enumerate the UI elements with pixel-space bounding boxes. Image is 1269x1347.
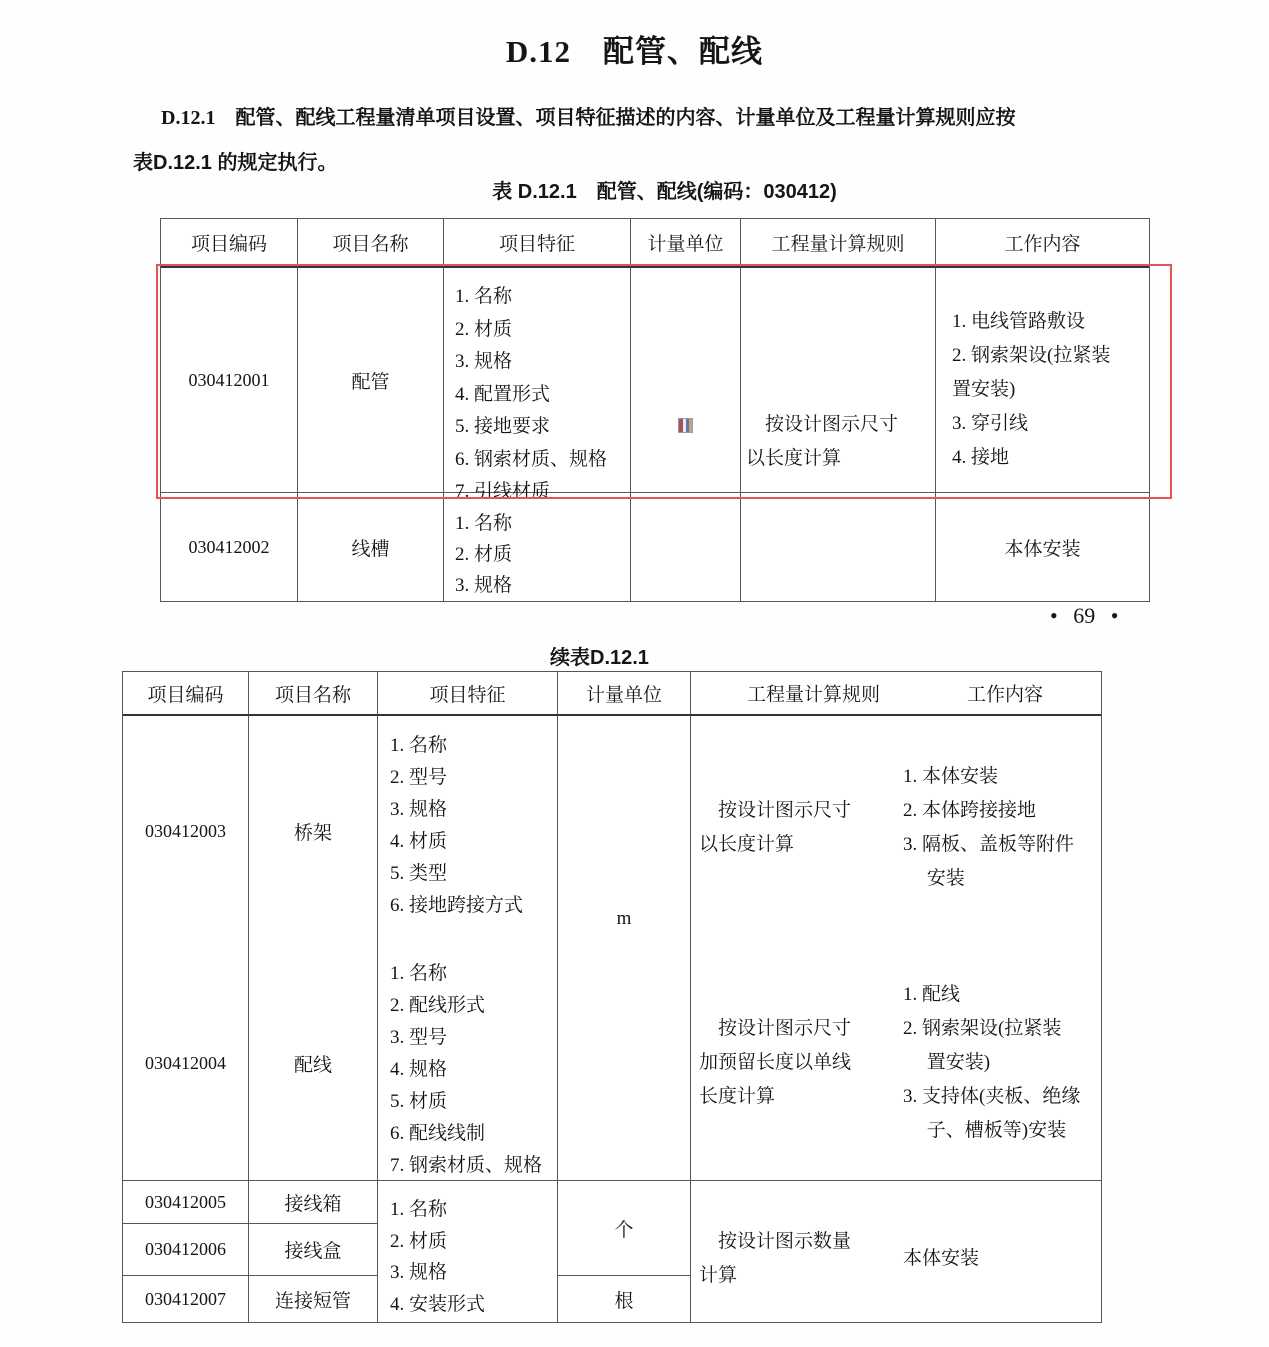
document-page: D.12 配管、配线 D.12.1配管、配线工程量清单项目设置、项目特征描述的内… bbox=[0, 0, 1269, 1347]
work-line: 2. 本体跨接接地 bbox=[903, 794, 1074, 828]
t2-row4-rule: 按设计图示尺寸 加预留长度以单线 长度计算 bbox=[699, 1012, 851, 1114]
t1-row1-features: 1. 名称 2. 材质 3. 规格 4. 配置形式 5. 接地要求 6. 钢索材… bbox=[444, 268, 631, 493]
feature-line: 3. 型号 bbox=[390, 1022, 553, 1054]
rule-line: 加预留长度以单线 bbox=[699, 1046, 851, 1080]
t2-rows56-unit: 个 bbox=[558, 1181, 691, 1276]
feature-gap bbox=[390, 922, 553, 958]
feature-line: 1. 名称 bbox=[390, 958, 553, 990]
work-line: 1. 本体安装 bbox=[903, 760, 1074, 794]
t1-header-code: 项目编码 bbox=[161, 219, 298, 268]
t2-row7-code: 030412007 bbox=[123, 1276, 249, 1322]
rule-line: 长度计算 bbox=[699, 1080, 851, 1114]
t2-header-rule-work: 工程量计算规则 工作内容 bbox=[691, 672, 1101, 716]
t2-row4-code: 030412004 bbox=[123, 948, 248, 1181]
t1-header-features: 项目特征 bbox=[444, 219, 631, 268]
feature-line: 6. 接地跨接方式 bbox=[390, 890, 553, 922]
t2-row4-work: 1. 配线 2. 钢索架设(拉紧装 置安装) 3. 支持体(夹板、绝缘 子、槽板… bbox=[903, 978, 1080, 1148]
feature-line: 2. 配线形式 bbox=[390, 990, 553, 1022]
feature-line: 2. 材质 bbox=[455, 539, 626, 570]
t2-header-unit: 计量单位 bbox=[558, 672, 691, 716]
t2-header-features: 项目特征 bbox=[378, 672, 558, 716]
work-line: 2. 钢索架设(拉紧装 bbox=[952, 339, 1147, 373]
t1-row2-code: 030412002 bbox=[161, 493, 298, 601]
work-line: 1. 电线管路敷设 bbox=[952, 305, 1147, 339]
t1-row2-rule bbox=[741, 493, 936, 601]
broken-image-icon bbox=[678, 418, 693, 433]
rule-line: 按设计图示数量 bbox=[699, 1225, 851, 1259]
t1-header-rule: 工程量计算规则 bbox=[741, 219, 936, 268]
t2-row3-rule: 按设计图示尺寸 以长度计算 bbox=[699, 794, 851, 862]
work-line: 3. 隔板、盖板等附件 bbox=[903, 828, 1074, 862]
work-line: 1. 配线 bbox=[903, 978, 1080, 1012]
t2-bigrow-codes: 030412003 030412004 bbox=[123, 716, 249, 1181]
t1-row1-code: 030412001 bbox=[161, 268, 298, 493]
work-line: 2. 钢索架设(拉紧装 bbox=[903, 1012, 1080, 1046]
t2-row3-name: 桥架 bbox=[249, 716, 377, 948]
t2-row6-name: 接线盒 bbox=[249, 1224, 378, 1276]
clause-number: D.12.1 bbox=[161, 107, 215, 129]
feature-line: 5. 接地要求 bbox=[455, 411, 626, 444]
t2-rows567-rule-work: 按设计图示数量 计算 本体安装 bbox=[691, 1181, 1101, 1322]
feature-line: 7. 钢索材质、规格 bbox=[390, 1150, 553, 1182]
t1-row2-name: 线槽 bbox=[298, 493, 444, 601]
page-number: • 69 • bbox=[1050, 603, 1118, 629]
feature-line: 3. 规格 bbox=[455, 570, 626, 601]
t2-row4-name: 配线 bbox=[249, 948, 377, 1181]
feature-line: 5. 类型 bbox=[390, 858, 553, 890]
work-line: 4. 接地 bbox=[952, 441, 1147, 475]
t2-row3-code: 030412003 bbox=[123, 716, 248, 948]
t1-row2-features: 1. 名称 2. 材质 3. 规格 bbox=[444, 493, 631, 601]
feature-line: 4. 配置形式 bbox=[455, 379, 626, 412]
feature-line: 1. 名称 bbox=[455, 281, 626, 314]
t1-row1-unit bbox=[631, 268, 741, 493]
table1-caption: 表 D.12.1 配管、配线(编码：030412) bbox=[30, 175, 1269, 204]
intro-text-1: 配管、配线工程量清单项目设置、项目特征描述的内容、计量单位及工程量计算规则应按 bbox=[235, 107, 1015, 129]
t2-header-name: 项目名称 bbox=[249, 672, 378, 716]
t1-header-name: 项目名称 bbox=[298, 219, 444, 268]
feature-line: 4. 安装形式 bbox=[390, 1289, 553, 1321]
feature-line: 2. 型号 bbox=[390, 762, 553, 794]
t2-row6-code: 030412006 bbox=[123, 1224, 249, 1276]
t1-header-unit: 计量单位 bbox=[631, 219, 741, 268]
intro-paragraph: D.12.1配管、配线工程量清单项目设置、项目特征描述的内容、计量单位及工程量计… bbox=[133, 96, 1173, 186]
t1-header-work: 工作内容 bbox=[936, 219, 1149, 268]
t2-bigrow-unit: m bbox=[558, 716, 691, 1181]
feature-line: 4. 规格 bbox=[390, 1054, 553, 1086]
feature-line: 1. 名称 bbox=[390, 730, 553, 762]
work-line: 3. 穿引线 bbox=[952, 407, 1147, 441]
t2-rows567-rule: 按设计图示数量 计算 bbox=[699, 1225, 851, 1293]
table-d121: 项目编码 项目名称 项目特征 计量单位 工程量计算规则 工作内容 0304120… bbox=[160, 218, 1150, 602]
feature-line: 3. 规格 bbox=[455, 346, 626, 379]
t2-bigrow-names: 桥架 配线 bbox=[249, 716, 378, 1181]
t2-row5-name: 接线箱 bbox=[249, 1181, 378, 1224]
t1-row2-work: 本体安装 bbox=[936, 493, 1149, 601]
intro-line-1: D.12.1配管、配线工程量清单项目设置、项目特征描述的内容、计量单位及工程量计… bbox=[133, 96, 1173, 141]
t2-rows567-work: 本体安装 bbox=[903, 1243, 979, 1270]
rule-line: 计算 bbox=[699, 1259, 851, 1293]
work-line: 置安装) bbox=[952, 373, 1147, 407]
rule-line: 按设计图示尺寸 bbox=[699, 1012, 851, 1046]
feature-line: 3. 规格 bbox=[390, 1257, 553, 1289]
work-line: 置安装) bbox=[903, 1046, 1080, 1080]
feature-line: 6. 钢索材质、规格 bbox=[455, 444, 626, 477]
t2-header-rule: 工程量计算规则 bbox=[747, 680, 880, 707]
feature-line: 2. 材质 bbox=[455, 314, 626, 347]
t2-header-code: 项目编码 bbox=[123, 672, 249, 716]
t2-header-work: 工作内容 bbox=[967, 680, 1043, 707]
feature-line: 1. 名称 bbox=[455, 508, 626, 539]
rule-line: 以长度计算 bbox=[699, 828, 851, 862]
t2-row5-code: 030412005 bbox=[123, 1181, 249, 1224]
t2-bigrow-features: 1. 名称 2. 型号 3. 规格 4. 材质 5. 类型 6. 接地跨接方式 … bbox=[378, 716, 558, 1181]
feature-line: 2. 材质 bbox=[390, 1226, 553, 1258]
t1-row1-rule: 按设计图示尺寸 以长度计算 bbox=[741, 268, 936, 493]
feature-line: 1. 名称 bbox=[390, 1194, 553, 1226]
feature-line: 3. 规格 bbox=[390, 794, 553, 826]
rule-line: 按设计图示尺寸 bbox=[746, 408, 933, 442]
work-line: 3. 支持体(夹板、绝缘 bbox=[903, 1080, 1080, 1114]
t2-rows567-features: 1. 名称 2. 材质 3. 规格 4. 安装形式 bbox=[378, 1181, 558, 1322]
feature-line: 4. 材质 bbox=[390, 826, 553, 858]
rule-line: 按设计图示尺寸 bbox=[699, 794, 851, 828]
t2-row7-name: 连接短管 bbox=[249, 1276, 378, 1322]
t1-row1-name: 配管 bbox=[298, 268, 444, 493]
table-d121-continued: 项目编码 项目名称 项目特征 计量单位 工程量计算规则 工作内容 0304120… bbox=[122, 671, 1102, 1323]
feature-line: 6. 配线线制 bbox=[390, 1118, 553, 1150]
work-line: 安装 bbox=[903, 862, 1074, 896]
page-title: D.12 配管、配线 bbox=[0, 26, 1269, 71]
feature-line: 5. 材质 bbox=[390, 1086, 553, 1118]
t1-row1-work: 1. 电线管路敷设 2. 钢索架设(拉紧装 置安装) 3. 穿引线 4. 接地 bbox=[936, 268, 1149, 493]
t2-bigrow-rule-work: 按设计图示尺寸 以长度计算 1. 本体安装 2. 本体跨接接地 3. 隔板、盖板… bbox=[691, 716, 1101, 1181]
t1-row2-unit bbox=[631, 493, 741, 601]
table2-caption: 续表D.12.1 bbox=[550, 641, 649, 670]
rule-line: 以长度计算 bbox=[746, 442, 933, 476]
t2-row3-work: 1. 本体安装 2. 本体跨接接地 3. 隔板、盖板等附件 安装 bbox=[903, 760, 1074, 896]
t2-row7-unit: 根 bbox=[558, 1276, 691, 1322]
work-line: 子、槽板等)安装 bbox=[903, 1114, 1080, 1148]
